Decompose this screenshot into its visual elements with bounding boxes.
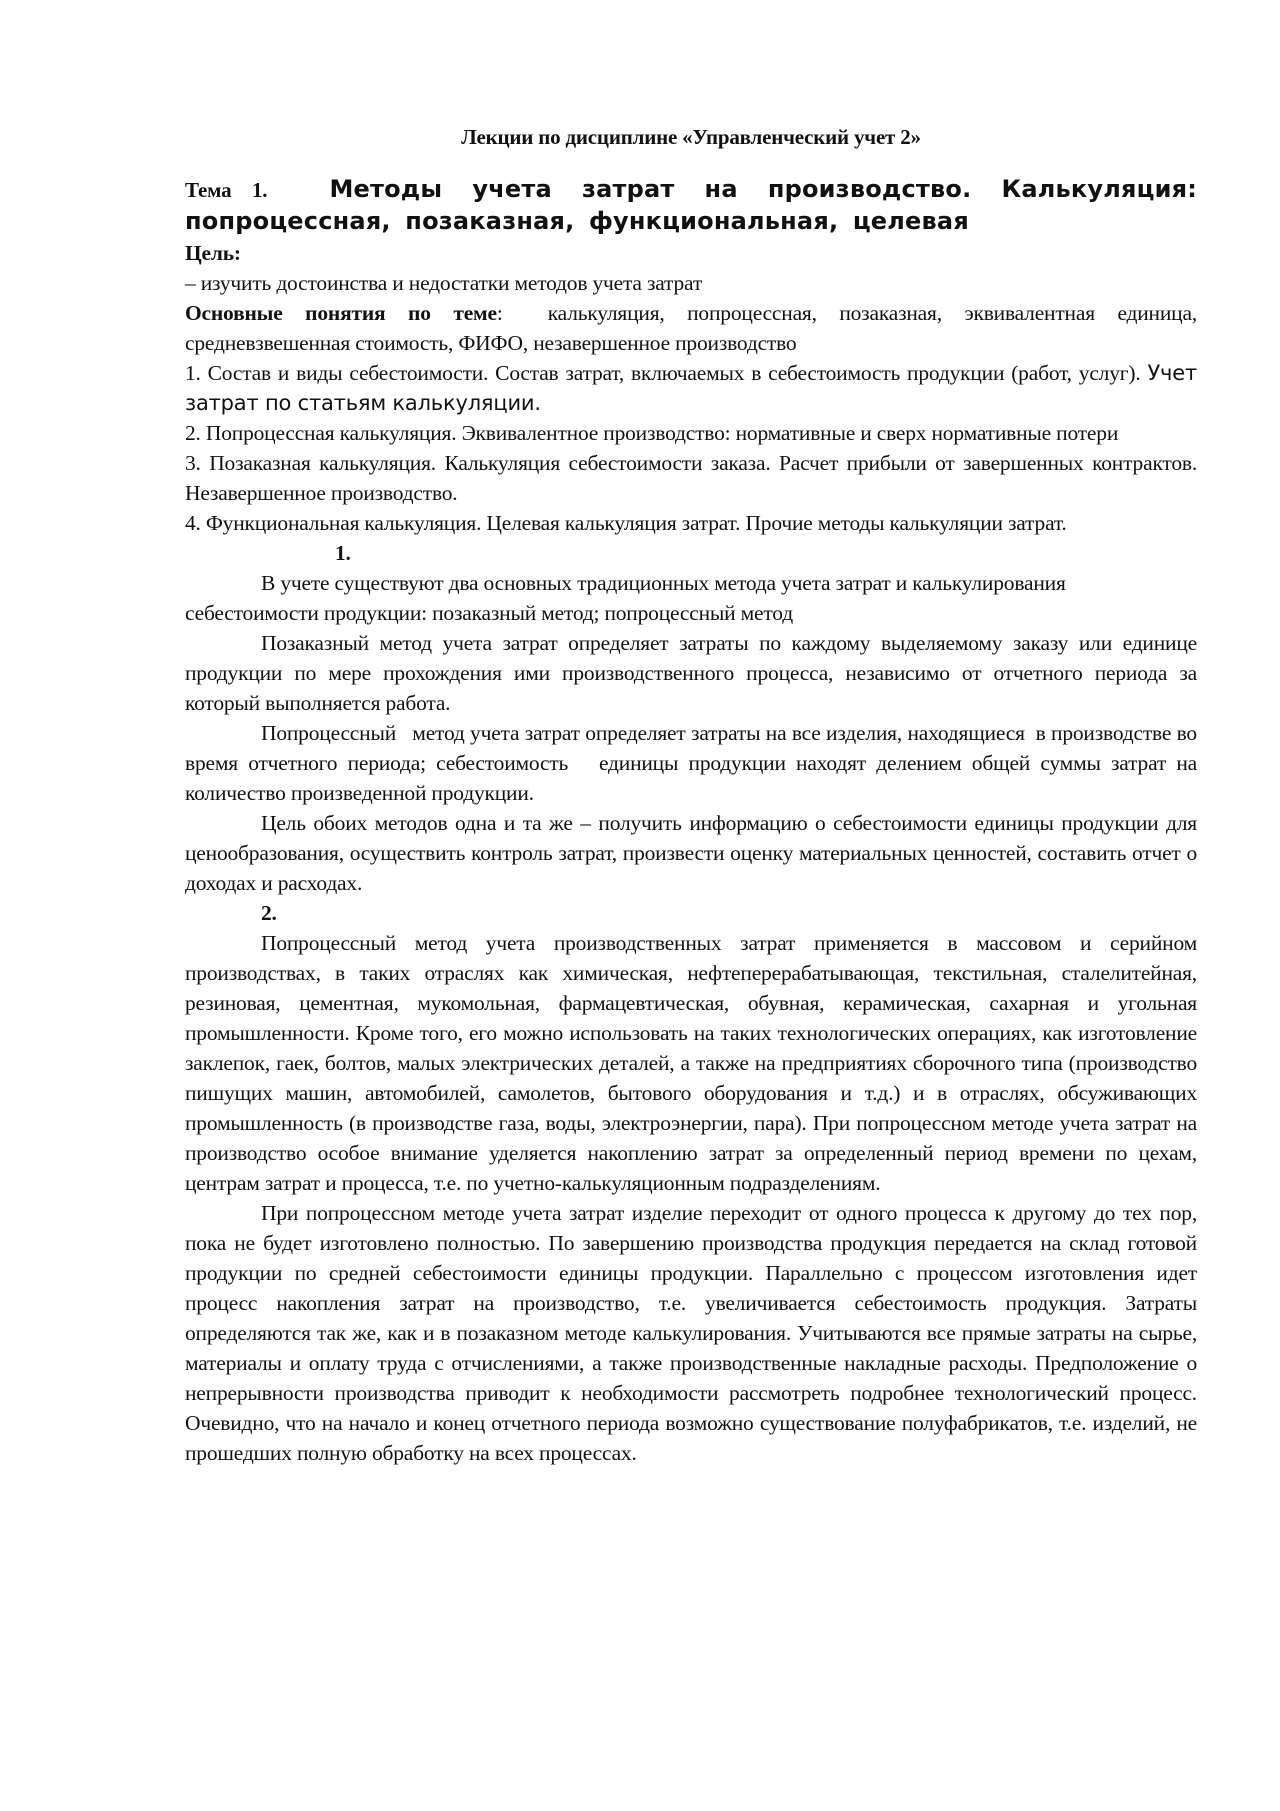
topic-heading-block: Тема 1. Методы учета затрат на производс… <box>185 174 1197 238</box>
document-title: Лекции по дисциплине «Управленческий уче… <box>185 122 1197 152</box>
document-page: Лекции по дисциплине «Управленческий уче… <box>185 122 1197 1468</box>
outline-item-4: 4. Функциональная калькуляция. Целевая к… <box>185 508 1197 538</box>
outline-item-2: 2. Попроцессная калькуляция. Эквивалентн… <box>185 418 1197 448</box>
goal-label: Цель: <box>185 238 1197 268</box>
section-2-paragraph-2: При попроцессном методе учета затрат изд… <box>185 1198 1197 1468</box>
section-2-paragraph-1: Попроцессный метод учета производственны… <box>185 928 1197 1198</box>
section-1-number: 1. <box>185 538 1197 568</box>
topic-label: Тема 1. <box>185 178 267 202</box>
goal-text: – изучить достоинства и недостатки метод… <box>185 268 1197 298</box>
outline-item-1: 1. Состав и виды себестоимости. Состав з… <box>185 358 1197 418</box>
section-1-paragraph-4: Цель обоих методов одна и та же – получи… <box>185 808 1197 898</box>
topic-heading: Методы учета затрат на производство. Кал… <box>185 175 1197 235</box>
section-1-paragraph-1: В учете существуют два основных традицио… <box>185 568 1197 628</box>
key-concepts: Основные понятия по теме: калькуляция, п… <box>185 298 1197 358</box>
section-2-number: 2. <box>185 898 1197 928</box>
outline-item-1-text: 1. Состав и виды себестоимости. Состав з… <box>185 361 1147 385</box>
key-concepts-label: Основные понятия по теме <box>185 301 497 325</box>
section-1-paragraph-2: Позаказный метод учета затрат определяет… <box>185 628 1197 718</box>
section-1-paragraph-3: Попроцессный метод учета затрат определя… <box>185 718 1197 808</box>
outline-item-3: 3. Позаказная калькуляция. Калькуляция с… <box>185 448 1197 508</box>
